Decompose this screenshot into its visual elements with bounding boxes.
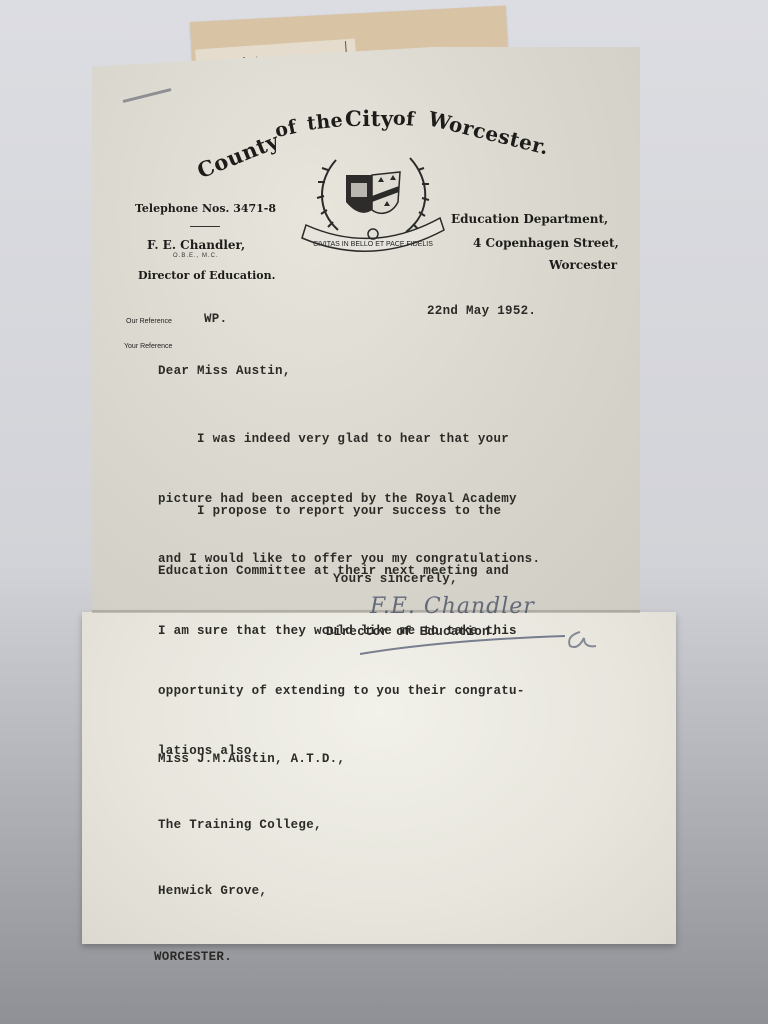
address-line: WORCESTER. xyxy=(154,946,345,968)
city-name: Worcester xyxy=(549,258,617,272)
body-line: I was indeed very glad to hear that your xyxy=(158,429,540,449)
street-address: 4 Copenhagen Street, xyxy=(473,236,619,250)
signatory-title: Director of Education. xyxy=(326,622,498,643)
title-word: of xyxy=(392,107,415,130)
handwritten-signature: F.E. Chandler xyxy=(370,594,535,619)
our-reference-label: Our Reference xyxy=(126,318,172,325)
letter-date: 22nd May 1952. xyxy=(427,301,536,322)
department-name: Education Department, xyxy=(451,212,608,226)
our-reference-value: WP. xyxy=(204,309,227,330)
director-title: Director of Education. xyxy=(138,269,275,282)
address-line: Henwick Grove, xyxy=(158,880,345,902)
your-reference-label: Your Reference xyxy=(124,343,172,350)
address-line: Miss J.M.Austin, A.T.D., xyxy=(158,748,345,770)
valediction: Yours sincerely, xyxy=(333,569,458,590)
motto-text: CIVITAS IN BELLO ET PACE FIDELIS xyxy=(313,241,433,248)
body-line: I propose to report your success to the xyxy=(158,501,525,521)
director-name: F. E. Chandler, xyxy=(147,238,245,252)
address-line: The Training College, xyxy=(158,814,345,836)
title-word: City xyxy=(345,106,394,131)
divider xyxy=(190,226,220,227)
telephone-numbers: Telephone Nos. 3471-8 xyxy=(135,202,276,215)
body-line: opportunity of extending to you their co… xyxy=(158,681,525,701)
recipient-address: Miss J.M.Austin, A.T.D., The Training Co… xyxy=(158,704,345,990)
title-word: the xyxy=(306,109,344,135)
director-honours: O.B.E., M.C. xyxy=(173,253,219,259)
title-word: of xyxy=(273,116,299,142)
salutation: Dear Miss Austin, xyxy=(158,361,291,382)
coat-of-arms-icon: CIVITAS IN BELLO ET PACE FIDELIS xyxy=(298,150,448,255)
